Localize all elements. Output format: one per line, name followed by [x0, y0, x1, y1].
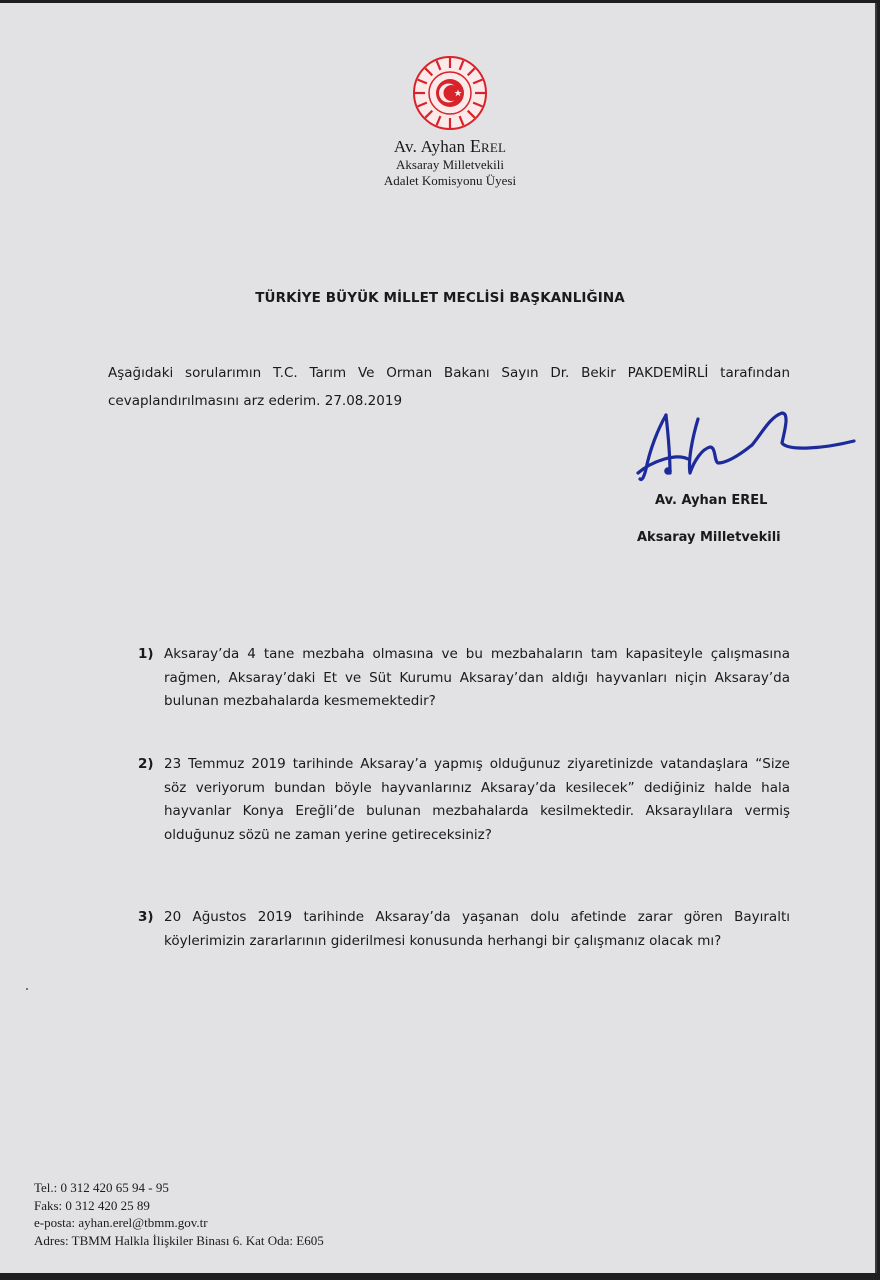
tbmm-emblem-icon: [412, 55, 488, 131]
question-number: 1): [138, 643, 154, 667]
question-text: 20 Ağustos 2019 tarihinde Aksaray’da yaş…: [164, 906, 790, 953]
question-item: 3) 20 Ağustos 2019 tarihinde Aksaray’da …: [138, 906, 790, 953]
question-text: Aksaray’da 4 tane mezbaha olmasına ve bu…: [164, 643, 790, 714]
letterhead-committee: Adalet Komisyonu Üyesi: [330, 173, 570, 189]
signatory-title: Aksaray Milletvekili: [637, 530, 781, 545]
contact-address: Adres: TBMM Halkla İlişkiler Binası 6. K…: [34, 1232, 324, 1250]
signatory-name: Av. Ayhan EREL: [655, 493, 767, 508]
document-page: Av. Ayhan Erel Aksaray Milletvekili Adal…: [0, 3, 877, 1273]
scan-speck: [26, 988, 28, 990]
letterhead-role: Aksaray Milletvekili: [330, 157, 570, 173]
question-text: 23 Temmuz 2019 tarihinde Aksaray’a yapmı…: [164, 753, 790, 847]
question-item: 1) Aksaray’da 4 tane mezbaha olmasına ve…: [138, 643, 790, 714]
contact-footer: Tel.: 0 312 420 65 94 - 95 Faks: 0 312 4…: [34, 1179, 324, 1249]
question-number: 2): [138, 753, 154, 777]
contact-phone: Tel.: 0 312 420 65 94 - 95: [34, 1179, 324, 1197]
question-item: 2) 23 Temmuz 2019 tarihinde Aksaray’a ya…: [138, 753, 790, 847]
contact-email: e-posta: ayhan.erel@tbmm.gov.tr: [34, 1214, 324, 1232]
signature-image: [632, 403, 862, 493]
contact-fax: Faks: 0 312 420 25 89: [34, 1197, 324, 1215]
letterhead-name: Av. Ayhan Erel: [330, 136, 570, 157]
letterhead: Av. Ayhan Erel Aksaray Milletvekili Adal…: [330, 136, 570, 189]
question-number: 3): [138, 906, 154, 930]
addressee-heading: TÜRKİYE BÜYÜK MİLLET MECLİSİ BAŞKANLIĞIN…: [0, 290, 880, 306]
